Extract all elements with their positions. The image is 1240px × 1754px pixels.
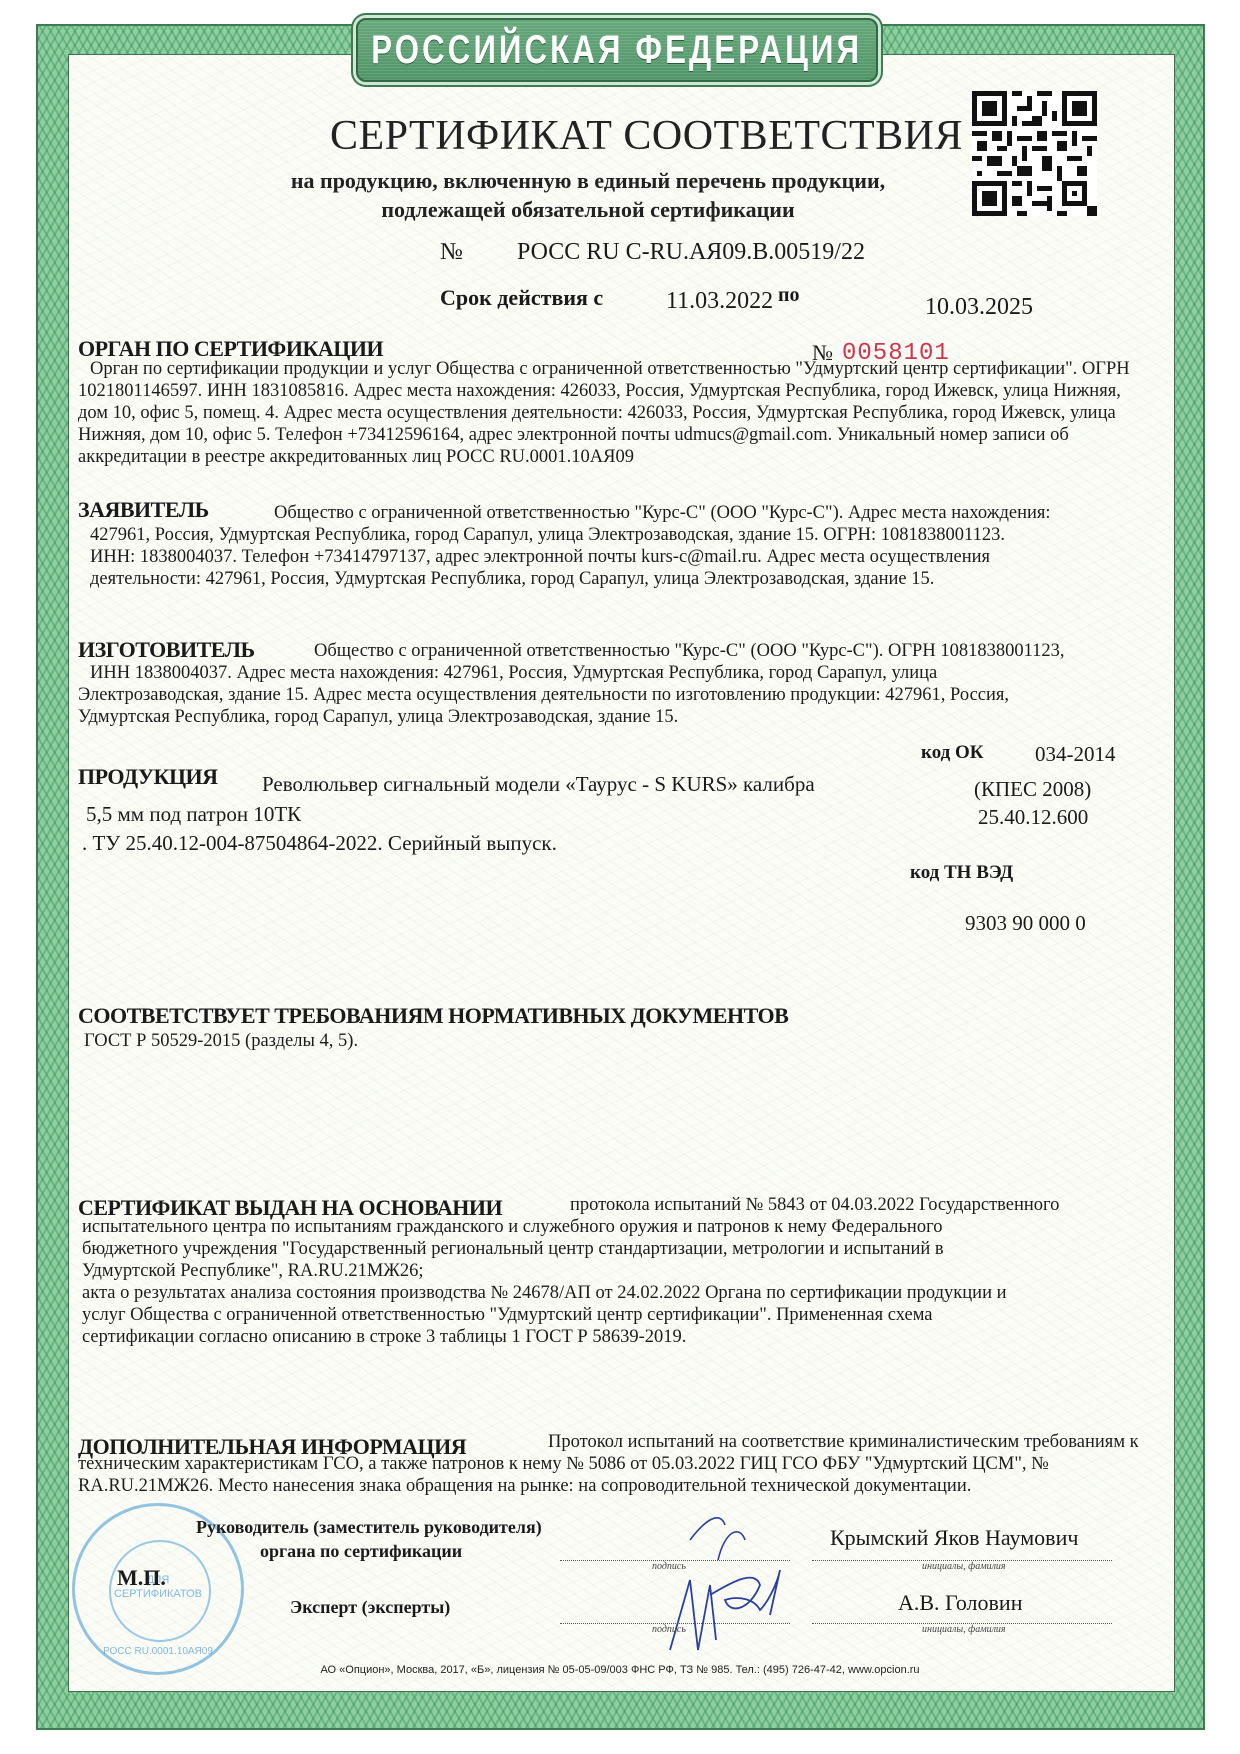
text-line: ИНН 1838004037. Адрес места нахождения: … bbox=[78, 662, 1158, 684]
product-description-line1: Революльвер сигнальный модели «Таурус - … bbox=[262, 772, 815, 797]
text-line: Общество с ограниченной ответственностью… bbox=[78, 502, 1158, 524]
ok-code-value: 25.40.12.600 bbox=[978, 805, 1088, 830]
applicant-text: Общество с ограниченной ответственностью… bbox=[78, 502, 1158, 590]
text-line: Орган по сертификации продукции и услуг … bbox=[78, 358, 1158, 380]
head-label-line1: Руководитель (заместитель руководителя) bbox=[196, 1517, 542, 1538]
text-line: ИНН: 1838004037. Телефон +73414797137, а… bbox=[78, 546, 1158, 568]
text-line: дом 10, офис 5, помещ. 4. Адрес места ос… bbox=[78, 402, 1158, 424]
text-line: Удмуртской Республике", RA.RU.21МЖ26; bbox=[78, 1260, 1158, 1282]
text-line: акта о результатах анализа состояния про… bbox=[78, 1282, 1158, 1304]
seal-ring-text: РОСС RU.0001.10АЯ09 bbox=[75, 1646, 241, 1657]
text-line: 427961, Россия, Удмуртская Республика, г… bbox=[78, 524, 1158, 546]
head-label-line2: органа по сертификации bbox=[260, 1541, 462, 1562]
certificate-title: СЕРТИФИКАТ СООТВЕТСТВИЯ bbox=[330, 112, 963, 160]
text-line: протокола испытаний № 5843 от 04.03.2022… bbox=[78, 1194, 1158, 1216]
text-line: сертификации согласно описанию в строке … bbox=[78, 1326, 1158, 1348]
text-line: Удмуртская Республика, город Сарапул, ул… bbox=[78, 706, 1158, 728]
tnved-code-label: код ТН ВЭД bbox=[910, 862, 1013, 884]
conformity-standard: ГОСТ Р 50529-2015 (разделы 4, 5). bbox=[84, 1030, 358, 1052]
validity-to-label: по bbox=[778, 284, 800, 307]
expert-label: Эксперт (эксперты) bbox=[290, 1597, 450, 1618]
basis-text: протокола испытаний № 5843 от 04.03.2022… bbox=[78, 1194, 1158, 1348]
text-line: RA.RU.21МЖ26. Место нанесения знака обра… bbox=[78, 1475, 1158, 1497]
certificate-subtitle-line2: подлежащей обязательной сертификации bbox=[0, 197, 1208, 223]
tnved-code-value: 9303 90 000 0 bbox=[965, 911, 1086, 936]
handwritten-signature-icon bbox=[650, 1500, 790, 1660]
manufacturer-text: Общество с ограниченной ответственностью… bbox=[78, 640, 1158, 728]
text-line: техническим характеристикам ГСО, а также… bbox=[78, 1453, 1158, 1475]
product-heading: ПРОДУКЦИЯ bbox=[78, 764, 218, 790]
country-banner-text: РОССИЙСКАЯ ФЕДЕРАЦИЯ bbox=[372, 28, 863, 73]
additional-info-text: Протокол испытаний на соответствие крими… bbox=[78, 1431, 1158, 1497]
ok-code-standard: 034-2014 bbox=[1035, 742, 1116, 767]
seal-place-label: М.П. bbox=[117, 1565, 166, 1591]
text-line: 1021801146597. ИНН 1831085816. Адрес мес… bbox=[78, 380, 1158, 402]
country-banner: РОССИЙСКАЯ ФЕДЕРАЦИЯ bbox=[356, 18, 878, 82]
text-line: испытательного центра по испытаниям граж… bbox=[78, 1216, 1158, 1238]
text-line: Электрозаводская, здание 15. Адрес места… bbox=[78, 684, 1158, 706]
expert-name: А.В. Головин bbox=[898, 1590, 1022, 1616]
ok-code-label: код ОК bbox=[921, 742, 984, 764]
certificate-subtitle-line1: на продукцию, включенную в единый перече… bbox=[0, 168, 1208, 194]
expert-signature-caption: подпись bbox=[652, 1624, 686, 1635]
text-line: аккредитации в реестре аккредитованных л… bbox=[78, 446, 1158, 468]
product-description-line2: 5,5 мм под патрон 10ТК bbox=[86, 802, 301, 827]
certificate-number: РОСС RU C-RU.АЯ09.В.00519/22 bbox=[517, 239, 865, 266]
text-line: Нижняя, дом 10, офис 5. Телефон +7341259… bbox=[78, 424, 1158, 446]
head-name-caption: инициалы, фамилия bbox=[922, 1561, 1006, 1572]
text-line: Протокол испытаний на соответствие крими… bbox=[78, 1431, 1158, 1453]
valid-from-date: 11.03.2022 bbox=[666, 288, 773, 315]
head-name: Крымский Яков Наумович bbox=[830, 1525, 1078, 1551]
printer-info: АО «Опцион», Москва, 2017, «Б», лицензия… bbox=[0, 1664, 1240, 1676]
text-line: деятельности: 427961, Россия, Удмуртская… bbox=[78, 568, 1158, 590]
ok-code-classifier: (КПЕС 2008) bbox=[974, 777, 1091, 802]
certification-body-text: Орган по сертификации продукции и услуг … bbox=[78, 358, 1158, 468]
text-line: услуг Общества с ограниченной ответствен… bbox=[78, 1304, 1158, 1326]
product-description-line3: . ТУ 25.40.12-004-87504864-2022. Серийны… bbox=[82, 831, 557, 856]
number-sign: № bbox=[440, 239, 463, 266]
conformity-heading: СООТВЕТСТВУЕТ ТРЕБОВАНИЯМ НОРМАТИВНЫХ ДО… bbox=[78, 1003, 788, 1029]
validity-label: Срок действия с bbox=[440, 285, 603, 311]
expert-name-caption: инициалы, фамилия bbox=[922, 1624, 1006, 1635]
valid-to-date: 10.03.2025 bbox=[925, 294, 1033, 321]
text-line: Общество с ограниченной ответственностью… bbox=[78, 640, 1158, 662]
text-line: бюджетного учреждения "Государственный р… bbox=[78, 1238, 1158, 1260]
